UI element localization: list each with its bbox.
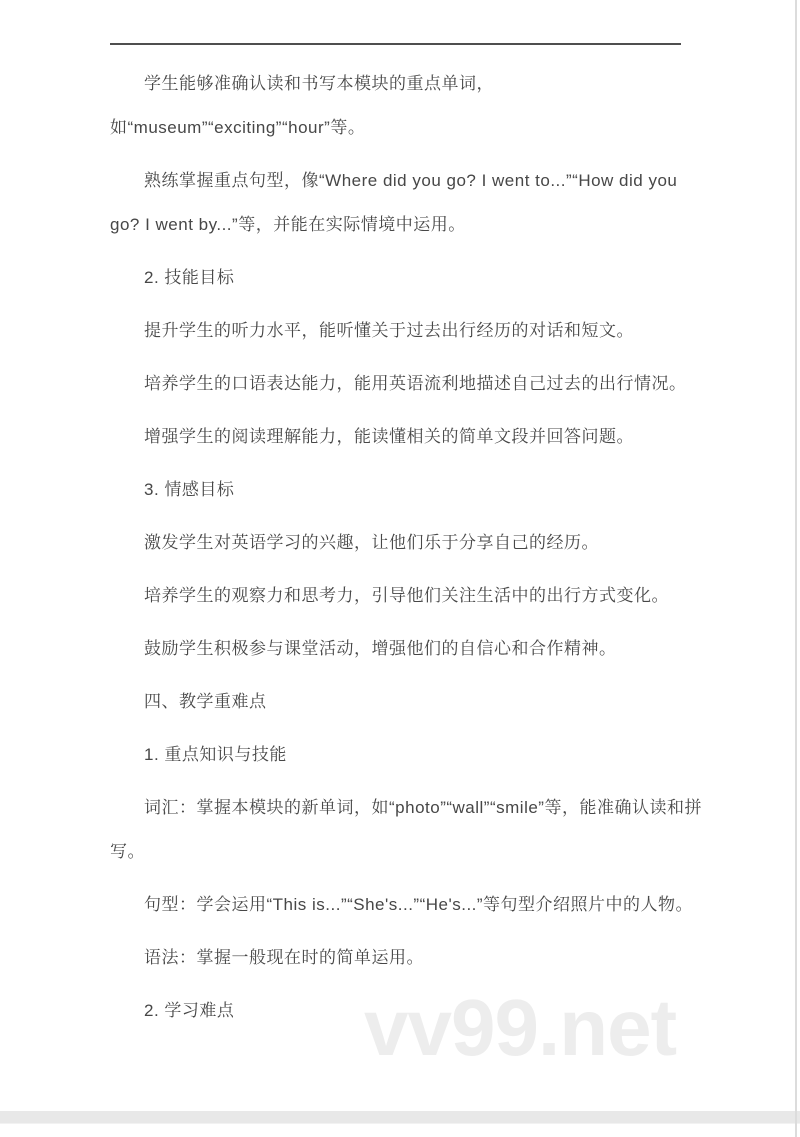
paragraph: 激发学生对英语学习的兴趣，让他们乐于分享自己的经历。 — [110, 521, 710, 565]
page-edge-line — [795, 0, 797, 1137]
paragraph: 熟练掌握重点句型，像“Where did you go? I went to..… — [110, 159, 710, 247]
document-page: 学生能够准确认读和书写本模块的重点单词，如“museum”“exciting”“… — [0, 0, 800, 1137]
paragraph: 词汇：掌握本模块的新单词，如“photo”“wall”“smile”等，能准确认… — [110, 786, 710, 874]
paragraph: 增强学生的阅读理解能力，能读懂相关的简单文段并回答问题。 — [110, 415, 710, 459]
paragraph: 培养学生的观察力和思考力，引导他们关注生活中的出行方式变化。 — [110, 574, 710, 618]
paragraph: 四、教学重难点 — [110, 680, 710, 724]
paragraph: 学生能够准确认读和书写本模块的重点单词，如“museum”“exciting”“… — [110, 62, 710, 150]
paragraph: 1. 重点知识与技能 — [110, 733, 710, 777]
header-rule — [110, 43, 681, 45]
paragraph: 3. 情感目标 — [110, 468, 710, 512]
document-body: 学生能够准确认读和书写本模块的重点单词，如“museum”“exciting”“… — [110, 62, 710, 1042]
paragraph: 句型：学会运用“This is...”“She's...”“He's...”等句… — [110, 883, 710, 927]
paragraph: 鼓励学生积极参与课堂活动，增强他们的自信心和合作精神。 — [110, 627, 710, 671]
paragraph: 语法：掌握一般现在时的简单运用。 — [110, 936, 710, 980]
paragraph: 2. 技能目标 — [110, 256, 710, 300]
paragraph: 提升学生的听力水平，能听懂关于过去出行经历的对话和短文。 — [110, 309, 710, 353]
watermark: vv99.net — [364, 988, 676, 1068]
page-separator — [0, 1111, 800, 1124]
paragraph: 培养学生的口语表达能力，能用英语流利地描述自己过去的出行情况。 — [110, 362, 710, 406]
